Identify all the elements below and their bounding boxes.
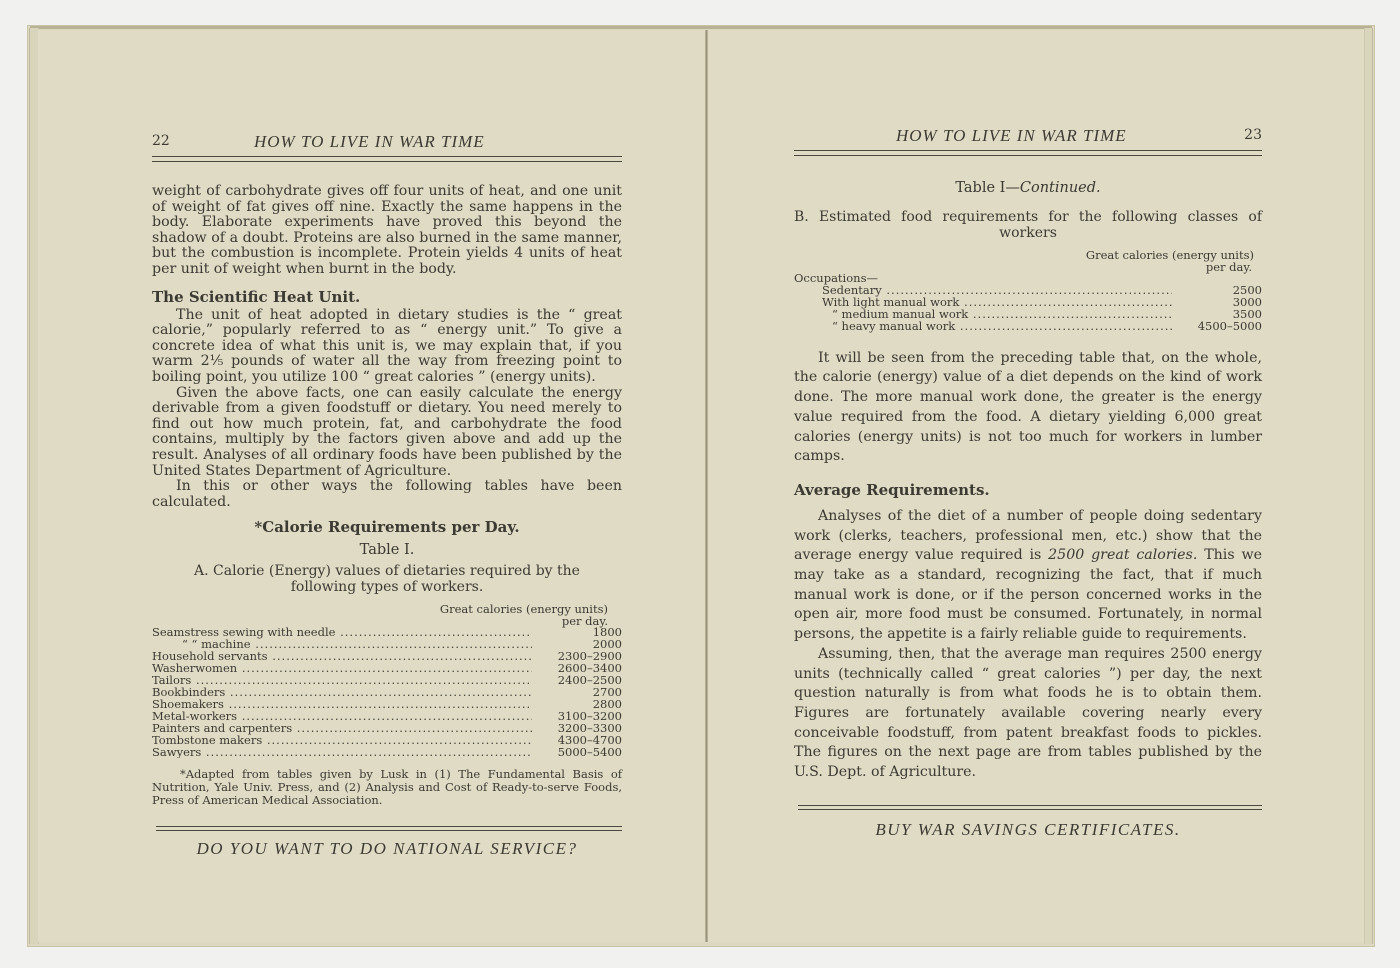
page-stack-top-edge bbox=[30, 26, 1372, 29]
table-group-label: Occupations— bbox=[794, 273, 1262, 285]
table-caption: A. Calorie (Energy) values of dietaries … bbox=[166, 564, 608, 595]
running-title: HOW TO LIVE IN WAR TIME bbox=[896, 126, 1127, 146]
table-title: *Calorie Requirements per Day. bbox=[152, 518, 622, 536]
section-heading: The Scientific Heat Unit. bbox=[152, 288, 622, 306]
table-row: Sawyers5000–5400 bbox=[152, 747, 622, 759]
table-label: Table I. bbox=[152, 542, 622, 558]
table-row: Seamstress sewing with needle1800 bbox=[152, 627, 622, 639]
table-row: Sedentary2500 bbox=[794, 285, 1262, 297]
table-unit-header: Great calories (energy units) bbox=[152, 603, 622, 615]
table-caption: B. Estimated food requirements for the f… bbox=[794, 210, 1262, 241]
running-title: HOW TO LIVE IN WAR TIME bbox=[254, 132, 485, 152]
paragraph: weight of carbohydrate gives off four un… bbox=[152, 184, 622, 278]
page-number: 22 bbox=[152, 133, 170, 149]
page-footer: BUY WAR SAVINGS CERTIFICATES. bbox=[794, 820, 1262, 840]
table-row: Tailors2400–2500 bbox=[152, 675, 622, 687]
footer-rule bbox=[156, 826, 622, 831]
page-footer: DO YOU WANT TO DO NATIONAL SERVICE? bbox=[152, 839, 622, 859]
table-row: With light manual work3000 bbox=[794, 297, 1262, 309]
paragraph: Given the above facts, one can easily ca… bbox=[152, 386, 622, 480]
table-row: Bookbinders2700 bbox=[152, 687, 622, 699]
header-rule bbox=[152, 156, 622, 162]
table-row: Tombstone makers4300–4700 bbox=[152, 735, 622, 747]
calorie-table-b: Great calories (energy units) per day. O… bbox=[794, 249, 1262, 333]
right-page: HOW TO LIVE IN WAR TIME 23 Table I—Conti… bbox=[708, 30, 1364, 942]
paragraph: The unit of heat adopted in dietary stud… bbox=[152, 308, 622, 386]
running-head: 22 HOW TO LIVE IN WAR TIME bbox=[152, 130, 622, 154]
table-unit-header-2: per day. bbox=[152, 615, 622, 627]
table-row: Household servants2300–2900 bbox=[152, 651, 622, 663]
header-rule bbox=[794, 150, 1262, 156]
paragraph: Assuming, then, that the average man req… bbox=[794, 645, 1262, 783]
table-row: “ “ machine2000 bbox=[152, 639, 622, 651]
table-row: Washerwomen2600–3400 bbox=[152, 663, 622, 675]
paragraph: In this or other ways the following tabl… bbox=[152, 479, 622, 510]
calorie-table-a: Great calories (energy units) per day. S… bbox=[152, 603, 622, 758]
paragraph: Analyses of the diet of a number of peop… bbox=[794, 507, 1262, 645]
left-page: 22 HOW TO LIVE IN WAR TIME weight of car… bbox=[38, 30, 706, 942]
paragraph: It will be seen from the preceding table… bbox=[794, 349, 1262, 467]
table-row: “ heavy manual work4500–5000 bbox=[794, 321, 1262, 333]
table-label: Table I—Continued. bbox=[794, 180, 1262, 196]
right-page-content: HOW TO LIVE IN WAR TIME 23 Table I—Conti… bbox=[794, 124, 1262, 840]
footer-rule bbox=[798, 805, 1262, 810]
table-row: Shoemakers2800 bbox=[152, 699, 622, 711]
running-head: HOW TO LIVE IN WAR TIME 23 bbox=[794, 124, 1262, 148]
section-heading: Average Requirements. bbox=[794, 481, 1262, 499]
table-unit-header: Great calories (energy units) bbox=[794, 249, 1262, 261]
table-row: Metal-workers3100–3200 bbox=[152, 711, 622, 723]
footnote: *Adapted from tables given by Lusk in (1… bbox=[152, 768, 622, 806]
page-number: 23 bbox=[1244, 127, 1262, 143]
table-row: “ medium manual work3500 bbox=[794, 309, 1262, 321]
page-stack-right-edge bbox=[1364, 28, 1373, 944]
left-page-content: 22 HOW TO LIVE IN WAR TIME weight of car… bbox=[152, 130, 622, 859]
table-row: Painters and carpenters3200–3300 bbox=[152, 723, 622, 735]
